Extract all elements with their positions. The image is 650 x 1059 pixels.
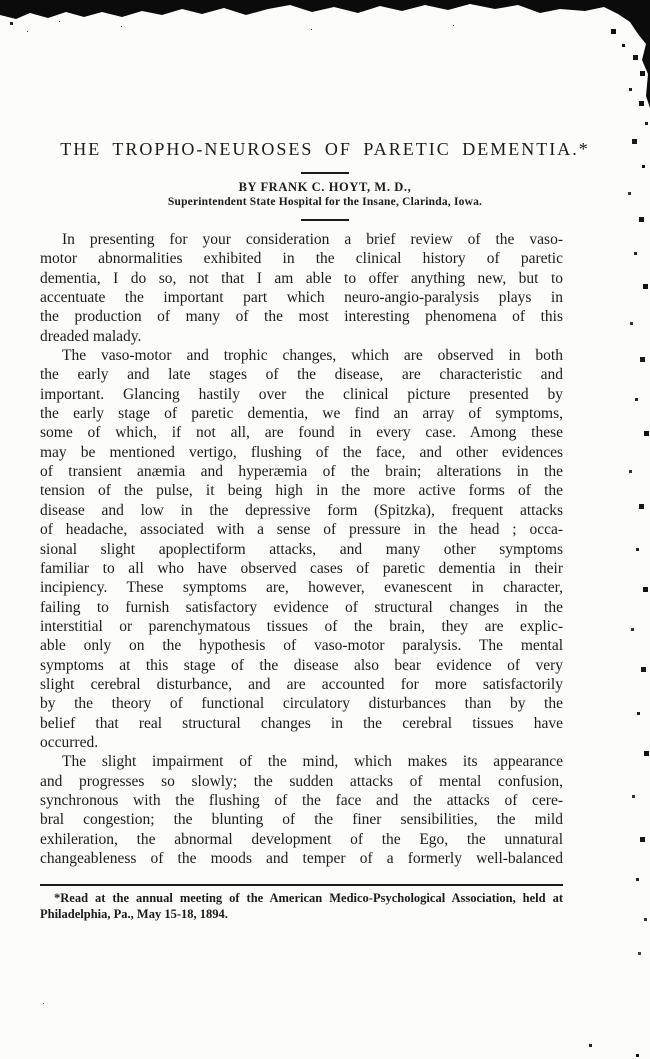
text-line: sional slight apoplectiform attacks, and… — [40, 540, 563, 559]
text-line: dementia, I do so, not that I am able to… — [40, 269, 563, 288]
scanned-paper-page: THE TROPHO-NEUROSES OF PARETIC DEMENTIA.… — [0, 0, 650, 1059]
text-line: the early stage of paretic dementia, we … — [40, 404, 563, 423]
divider-rule — [301, 172, 349, 174]
footnote: *Read at the annual meeting of the Ameri… — [40, 890, 563, 922]
author-affiliation: Superintendent State Hospital for the In… — [0, 196, 650, 208]
text-line: incipiency. These symptoms are, however,… — [40, 578, 563, 597]
text-line: tension of the pulse, it being high in t… — [40, 481, 563, 500]
text-line: changeableness of the moods and temper o… — [40, 849, 563, 868]
text-line: disease and low in the depressive form (… — [40, 501, 563, 520]
text-line: of headache, associated with a sense of … — [40, 520, 563, 539]
paragraph: The slight impairment of the mind, which… — [40, 752, 563, 868]
text-line: symptoms at this stage of the disease al… — [40, 656, 563, 675]
text-line: *Read at the annual meeting of the Ameri… — [40, 890, 563, 906]
paragraph: In presenting for your consideration a b… — [40, 230, 563, 346]
text-line: accentuate the important part which neur… — [40, 288, 563, 307]
scan-edge-artifact — [0, 0, 650, 110]
text-line: of transient anæmia and hyperæmia of the… — [40, 462, 563, 481]
text-line: by the theory of functional circulatory … — [40, 694, 563, 713]
text-line: interstitial or parenchymatous tissues o… — [40, 617, 563, 636]
text-line: In presenting for your consideration a b… — [40, 230, 563, 249]
text-line: Philadelphia, Pa., May 15-18, 1894. — [40, 906, 563, 922]
divider-rule — [301, 219, 349, 221]
text-line: able only on the hypothesis of vaso-moto… — [40, 636, 563, 655]
text-line: slight cerebral disturbance, and are acc… — [40, 675, 563, 694]
text-line: the production of many of the most inter… — [40, 307, 563, 326]
text-line: The slight impairment of the mind, which… — [40, 752, 563, 771]
text-line: and progresses so slowly; the sudden att… — [40, 772, 563, 791]
text-line: failing to furnish satisfactory evidence… — [40, 598, 563, 617]
article-body: In presenting for your consideration a b… — [40, 230, 563, 868]
author-byline: BY FRANK C. HOYT, M. D., — [0, 180, 650, 195]
text-line: exhileration, the abnormal development o… — [40, 830, 563, 849]
paragraph: The vaso-motor and trophic changes, whic… — [40, 346, 563, 752]
article-title: THE TROPHO-NEUROSES OF PARETIC DEMENTIA.… — [0, 139, 650, 160]
text-line: occurred. — [40, 733, 563, 752]
text-line: bral congestion; the blunting of the fin… — [40, 810, 563, 829]
text-line: The vaso-motor and trophic changes, whic… — [40, 346, 563, 365]
text-line: the early and late stages of the disease… — [40, 365, 563, 384]
text-line: belief that real structural changes in t… — [40, 714, 563, 733]
text-line: dreaded malady. — [40, 327, 563, 346]
text-line: familiar to all who have observed cases … — [40, 559, 563, 578]
text-line: important. Glancing hastily over the cli… — [40, 385, 563, 404]
footnote-rule — [40, 884, 563, 886]
text-line: may be mentioned vertigo, flushing of th… — [40, 443, 563, 462]
scan-noise-specks — [0, 0, 3, 3]
text-line: motor abnormalities exhibited in the cli… — [40, 249, 563, 268]
text-line: synchronous with the flushing of the fac… — [40, 791, 563, 810]
text-line: some of which, if not all, are found in … — [40, 423, 563, 442]
